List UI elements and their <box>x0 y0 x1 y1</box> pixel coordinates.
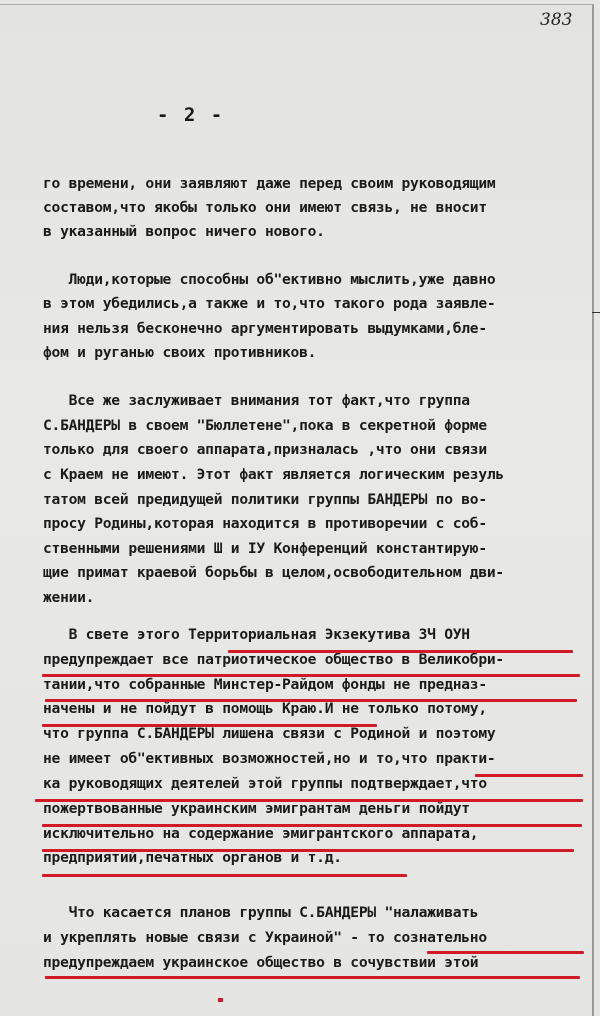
page-number: - 2 - <box>157 104 224 126</box>
red-underline <box>42 874 407 877</box>
text-line: тании,что собранные Минстер-Райдом фонды… <box>43 676 487 693</box>
red-underline <box>45 699 577 702</box>
red-underline <box>42 724 377 727</box>
text-line: составом,что якобы только они имеют связ… <box>43 199 487 216</box>
text-line: в этом убедились,а также и то,что такого… <box>43 295 495 312</box>
text-line: В свете этого Территориальная Экзекутива… <box>43 626 470 643</box>
text-line: просу Родины,которая находится в противо… <box>43 515 487 532</box>
red-underline <box>228 650 573 653</box>
text-line: пожертвованные украинским эмигрантам ден… <box>43 800 470 817</box>
margin-mark <box>592 312 600 313</box>
text-line: Все же заслуживает внимания тот факт,что… <box>43 392 470 409</box>
red-underline <box>42 824 582 827</box>
text-line: исключительно на содержание эмигрантског… <box>43 825 478 842</box>
text-line: Что касается планов группы С.БАНДЕРЫ "на… <box>43 904 478 921</box>
text-line: с Краем не имеют. Этот факт является лог… <box>43 466 504 483</box>
red-underline <box>42 674 580 677</box>
text-line: фом и руганью своих противников. <box>43 344 316 361</box>
red-underline <box>42 849 574 852</box>
red-underline <box>45 976 580 979</box>
red-underline <box>475 774 583 777</box>
text-line: предупреждаем украинское общество в сочу… <box>43 954 478 971</box>
text-line: ственными решениями Ш и IУ Конференций к… <box>43 540 487 557</box>
text-line: жении. <box>43 589 94 606</box>
text-line: татом всей предидущей политики группы БА… <box>43 491 487 508</box>
text-line: ния нельзя бесконечно аргументировать вы… <box>43 320 487 337</box>
text-line: щие примат краевой борьбы в целом,освобо… <box>43 564 504 581</box>
red-underline <box>427 951 584 954</box>
text-line: Люди,которые способны об"ективно мыслить… <box>43 271 495 288</box>
text-line: в указанный вопрос ничего нового. <box>43 223 325 240</box>
text-line: С.БАНДЕРЫ в своем "Бюллетене",пока в сек… <box>43 417 487 434</box>
text-line: начены и не пойдут в помощь Краю.И не то… <box>43 700 487 717</box>
text-line: что группа С.БАНДЕРЫ лишена связи с Роди… <box>43 725 495 742</box>
text-line: го времени, они заявляют даже перед свои… <box>43 175 495 192</box>
text-line: только для своего аппарата,призналась ,ч… <box>43 441 487 458</box>
archive-page-number: 383 <box>540 10 572 30</box>
text-line: предупреждает все патриотическое обществ… <box>43 651 504 668</box>
text-line: и укреплять новые связи с Украиной" - то… <box>43 929 487 946</box>
red-underline <box>35 799 583 802</box>
red-mark <box>218 998 223 1002</box>
text-line: не имеет об"ективных возможностей,но и т… <box>43 750 495 767</box>
text-line: ка руководящих деятелей этой группы подт… <box>43 775 487 792</box>
